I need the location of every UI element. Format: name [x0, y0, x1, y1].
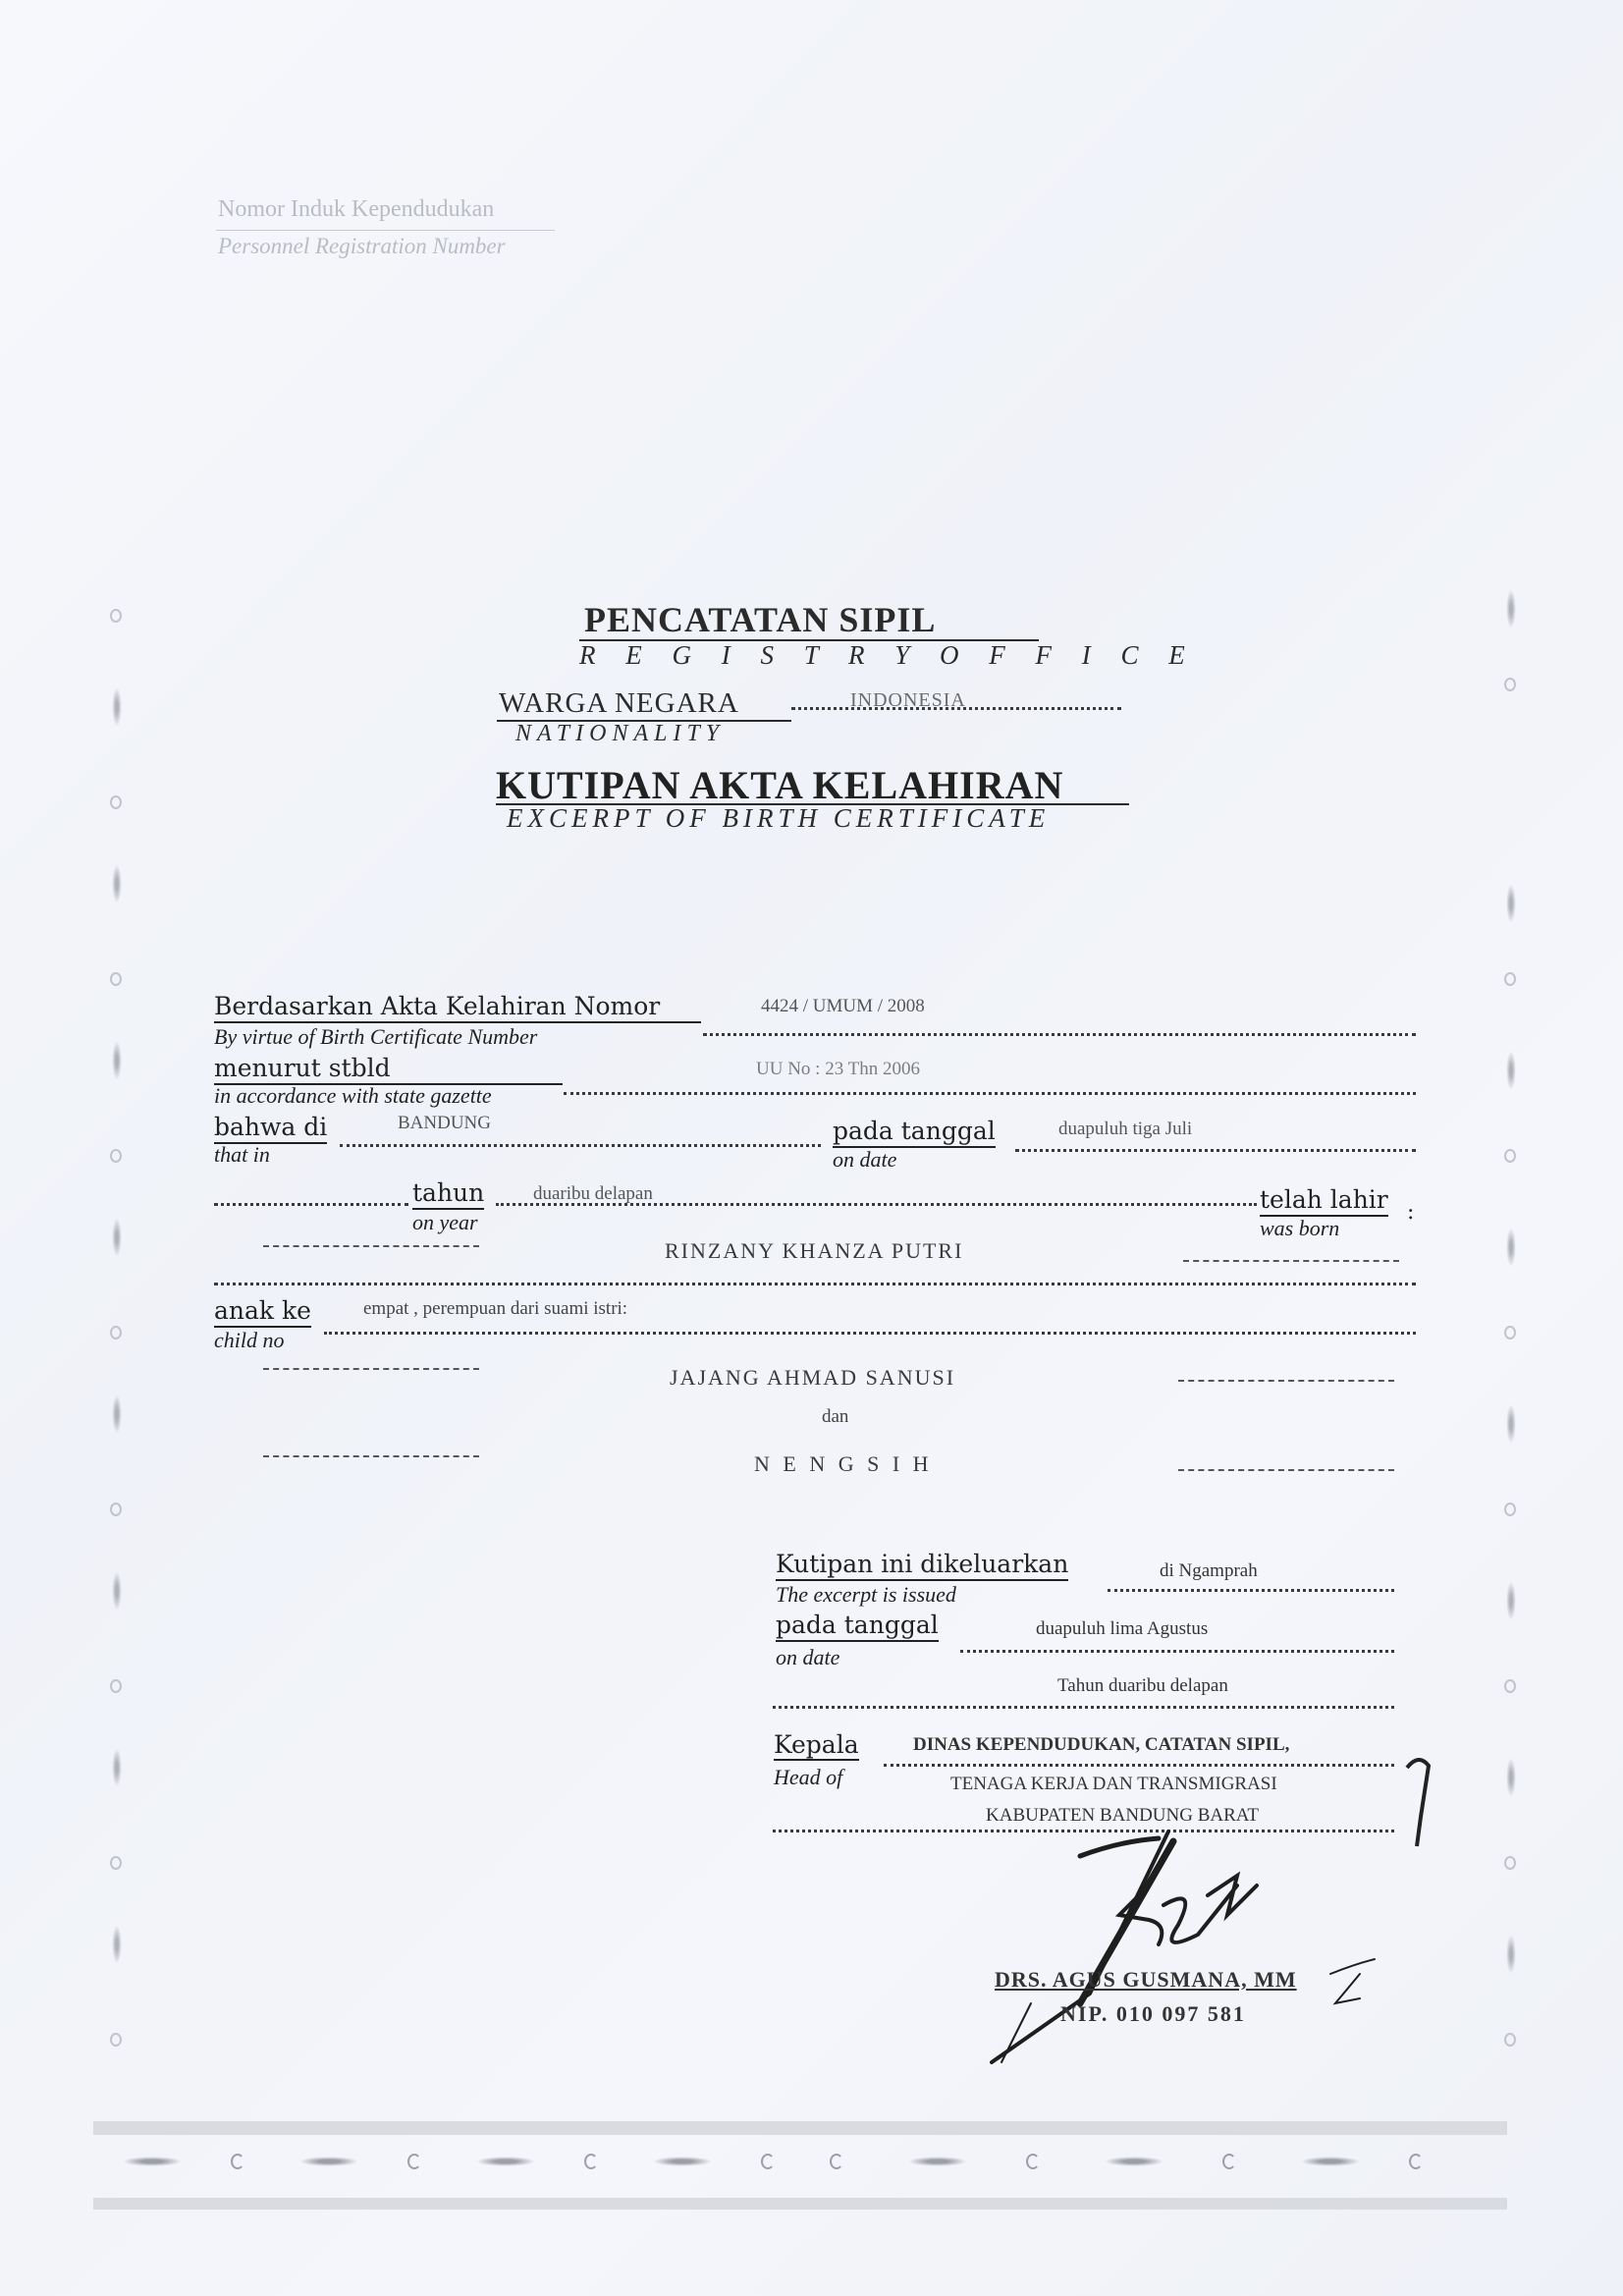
stbld-label: menurut stbld [214, 1054, 563, 1085]
agency-line-1: DINAS KEPENDUDUKAN, CATATAN SIPIL, [913, 1734, 1289, 1756]
issued-date-value: duapuluh lima Agustus [1036, 1618, 1208, 1640]
dotted-line [564, 1092, 1416, 1095]
child-name: RINZANY KHANZA PUTRI [665, 1238, 1057, 1264]
office-title-en: R E G I S T R Y O F F I C E [579, 640, 1197, 671]
dash-line [1178, 1469, 1394, 1471]
office-title: PENCATATAN SIPIL [584, 599, 936, 640]
child-no-value: empat , perempuan dari suami istri: [363, 1298, 627, 1320]
child-no-label: anak ke [214, 1296, 311, 1328]
stbld-label-en: in accordance with state gazette [214, 1083, 492, 1109]
signature-icon [972, 1827, 1414, 2102]
child-no-label-en: child no [214, 1328, 285, 1353]
document-title: KUTIPAN AKTA KELAHIRAN [496, 762, 1063, 808]
dotted-line [324, 1332, 1416, 1335]
signatory-nip: NIP. 010 097 581 [1060, 2001, 1246, 2027]
nik-label-en: Personnel Registration Number [218, 234, 506, 259]
born-label: telah lahir [1260, 1185, 1388, 1217]
birth-date-value: duapuluh tiga Juli [1058, 1119, 1192, 1140]
dash-line [263, 1368, 479, 1370]
border-ornament-bottom [93, 2121, 1507, 2210]
nik-rule [216, 230, 555, 231]
dotted-line [340, 1144, 821, 1147]
nationality-label-en: NATIONALITY [515, 721, 725, 747]
dotted-line [773, 1706, 1394, 1709]
birth-date-label-en: on date [833, 1147, 896, 1173]
dotted-line [496, 1203, 1257, 1206]
conjunction: dan [822, 1406, 848, 1428]
dotted-line [1108, 1589, 1394, 1592]
dash-line [1183, 1260, 1399, 1262]
border-ornament-left [108, 609, 128, 2141]
father-name: JAJANG AHMAD SANUSI [670, 1365, 955, 1391]
born-label-en: was born [1260, 1216, 1339, 1241]
born-colon: : [1407, 1200, 1414, 1225]
issued-year-value: Tahun duaribu delapan [1057, 1675, 1228, 1697]
issued-label-en: The excerpt is issued [776, 1582, 956, 1608]
dotted-line [791, 707, 1121, 710]
dash-line [263, 1245, 479, 1247]
dotted-line [884, 1764, 1394, 1767]
birth-date-label: pada tanggal [833, 1117, 996, 1148]
dash-line [263, 1455, 479, 1457]
birth-year-label-en: on year [412, 1210, 478, 1235]
birth-place-label-en: that in [214, 1142, 270, 1168]
agency-line-2: TENAGA KERJA DAN TRANSMIGRASI [950, 1774, 1277, 1795]
mother-name: N E N G S I H [754, 1451, 933, 1477]
paraf-mark-icon [1399, 1758, 1438, 1856]
cert-number-value: 4424 / UMUM / 2008 [761, 996, 925, 1017]
issued-date-label: pada tanggal [776, 1611, 939, 1642]
border-ornament-right [1502, 589, 1522, 2141]
certificate-page: Nomor Induk Kependudukan Personnel Regis… [0, 0, 1623, 2296]
dotted-line [214, 1283, 1416, 1285]
dotted-line [960, 1650, 1394, 1653]
nik-label: Nomor Induk Kependudukan [218, 196, 494, 223]
dotted-line [703, 1033, 1416, 1036]
birth-year-value: duaribu delapan [533, 1183, 653, 1205]
issued-label: Kutipan ini dikeluarkan [776, 1550, 1068, 1581]
document-title-en: EXCERPT OF BIRTH CERTIFICATE [507, 803, 1050, 834]
head-label-en: Head of [774, 1765, 842, 1790]
signatory-name: DRS. AGUS GUSMANA, MM [995, 1967, 1297, 1993]
dotted-line [214, 1203, 408, 1206]
birth-place-value: BANDUNG [398, 1113, 491, 1134]
issued-date-label-en: on date [776, 1645, 839, 1670]
nationality-label: WARGA NEGARA [499, 687, 739, 720]
head-label: Kepala [774, 1730, 859, 1761]
issued-place: di Ngamprah [1160, 1560, 1258, 1582]
birth-place-label: bahwa di [214, 1113, 327, 1144]
dash-line [1178, 1380, 1394, 1382]
agency-line-3: KABUPATEN BANDUNG BARAT [986, 1805, 1259, 1827]
stbld-value: UU No : 23 Thn 2006 [756, 1059, 920, 1080]
birth-year-label: tahun [412, 1178, 484, 1210]
cert-number-label-en: By virtue of Birth Certificate Number [214, 1024, 537, 1050]
dotted-line [1015, 1149, 1416, 1152]
cert-number-label: Berdasarkan Akta Kelahiran Nomor [214, 992, 701, 1023]
